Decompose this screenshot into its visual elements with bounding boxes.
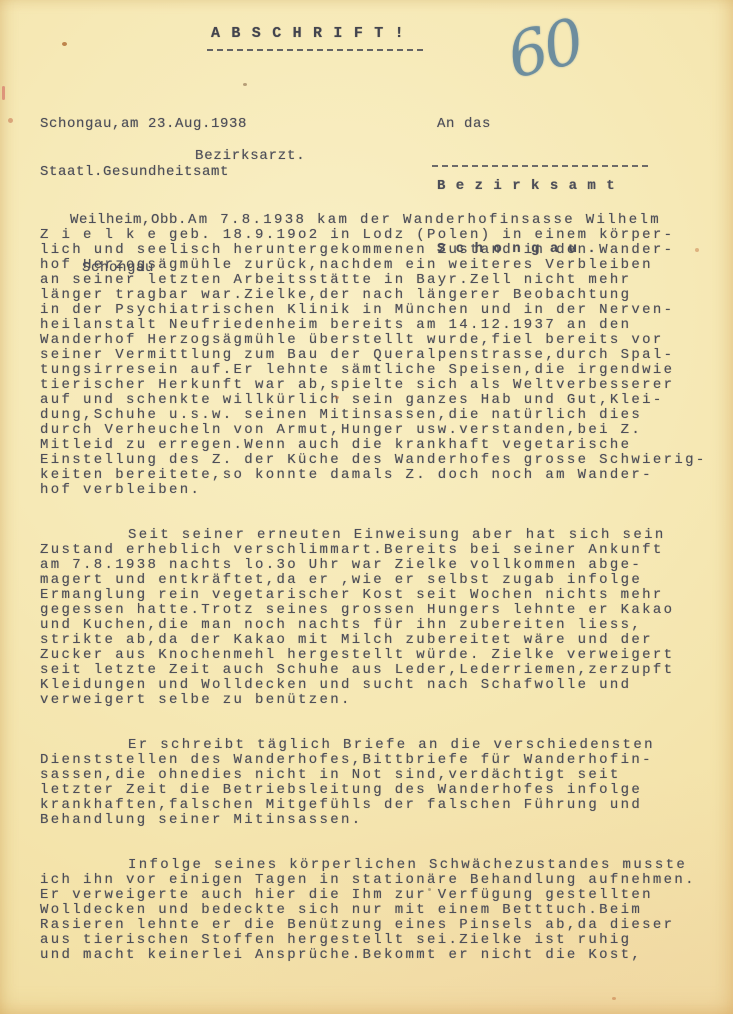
recipient-salutation: An das (437, 116, 616, 132)
paper-speck (330, 925, 335, 928)
paragraph-1: Am 7.8.1938 kam der Wanderhofinsasse Wil… (40, 213, 730, 498)
sender-place-date: Schongau,am 23.Aug.1938 (40, 116, 247, 132)
title-underline (207, 49, 423, 51)
paragraph-3: Er schreibt täglich Briefe an die versch… (40, 738, 730, 828)
paper-speck (62, 42, 67, 46)
paper-sheet: A B S C H R I F T ! 60 Schongau,am 23.Au… (0, 0, 733, 1014)
paper-speck (335, 396, 339, 399)
scanned-document: A B S C H R I F T ! 60 Schongau,am 23.Au… (0, 0, 733, 1024)
scan-edge (0, 1014, 733, 1024)
paragraph-4: Infolge seines körperlichen Schwächezust… (40, 858, 730, 963)
paper-speck (243, 83, 247, 86)
sender-office: Staatl.Gesundheitsamt (40, 164, 247, 180)
document-body: Am 7.8.1938 kam der Wanderhofinsasse Wil… (40, 183, 730, 993)
paper-speck (2, 86, 5, 100)
recipient-underline (432, 165, 648, 167)
paragraph-2: Seit seiner erneuten Einweisung aber hat… (40, 528, 730, 708)
paper-speck (428, 888, 431, 891)
document-title: A B S C H R I F T ! (211, 25, 405, 42)
sender-role: Bezirksarzt. (195, 148, 305, 164)
paper-speck (695, 248, 699, 252)
paper-speck (612, 997, 616, 1000)
paper-speck (8, 118, 13, 123)
handwritten-page-number: 60 (502, 10, 588, 88)
